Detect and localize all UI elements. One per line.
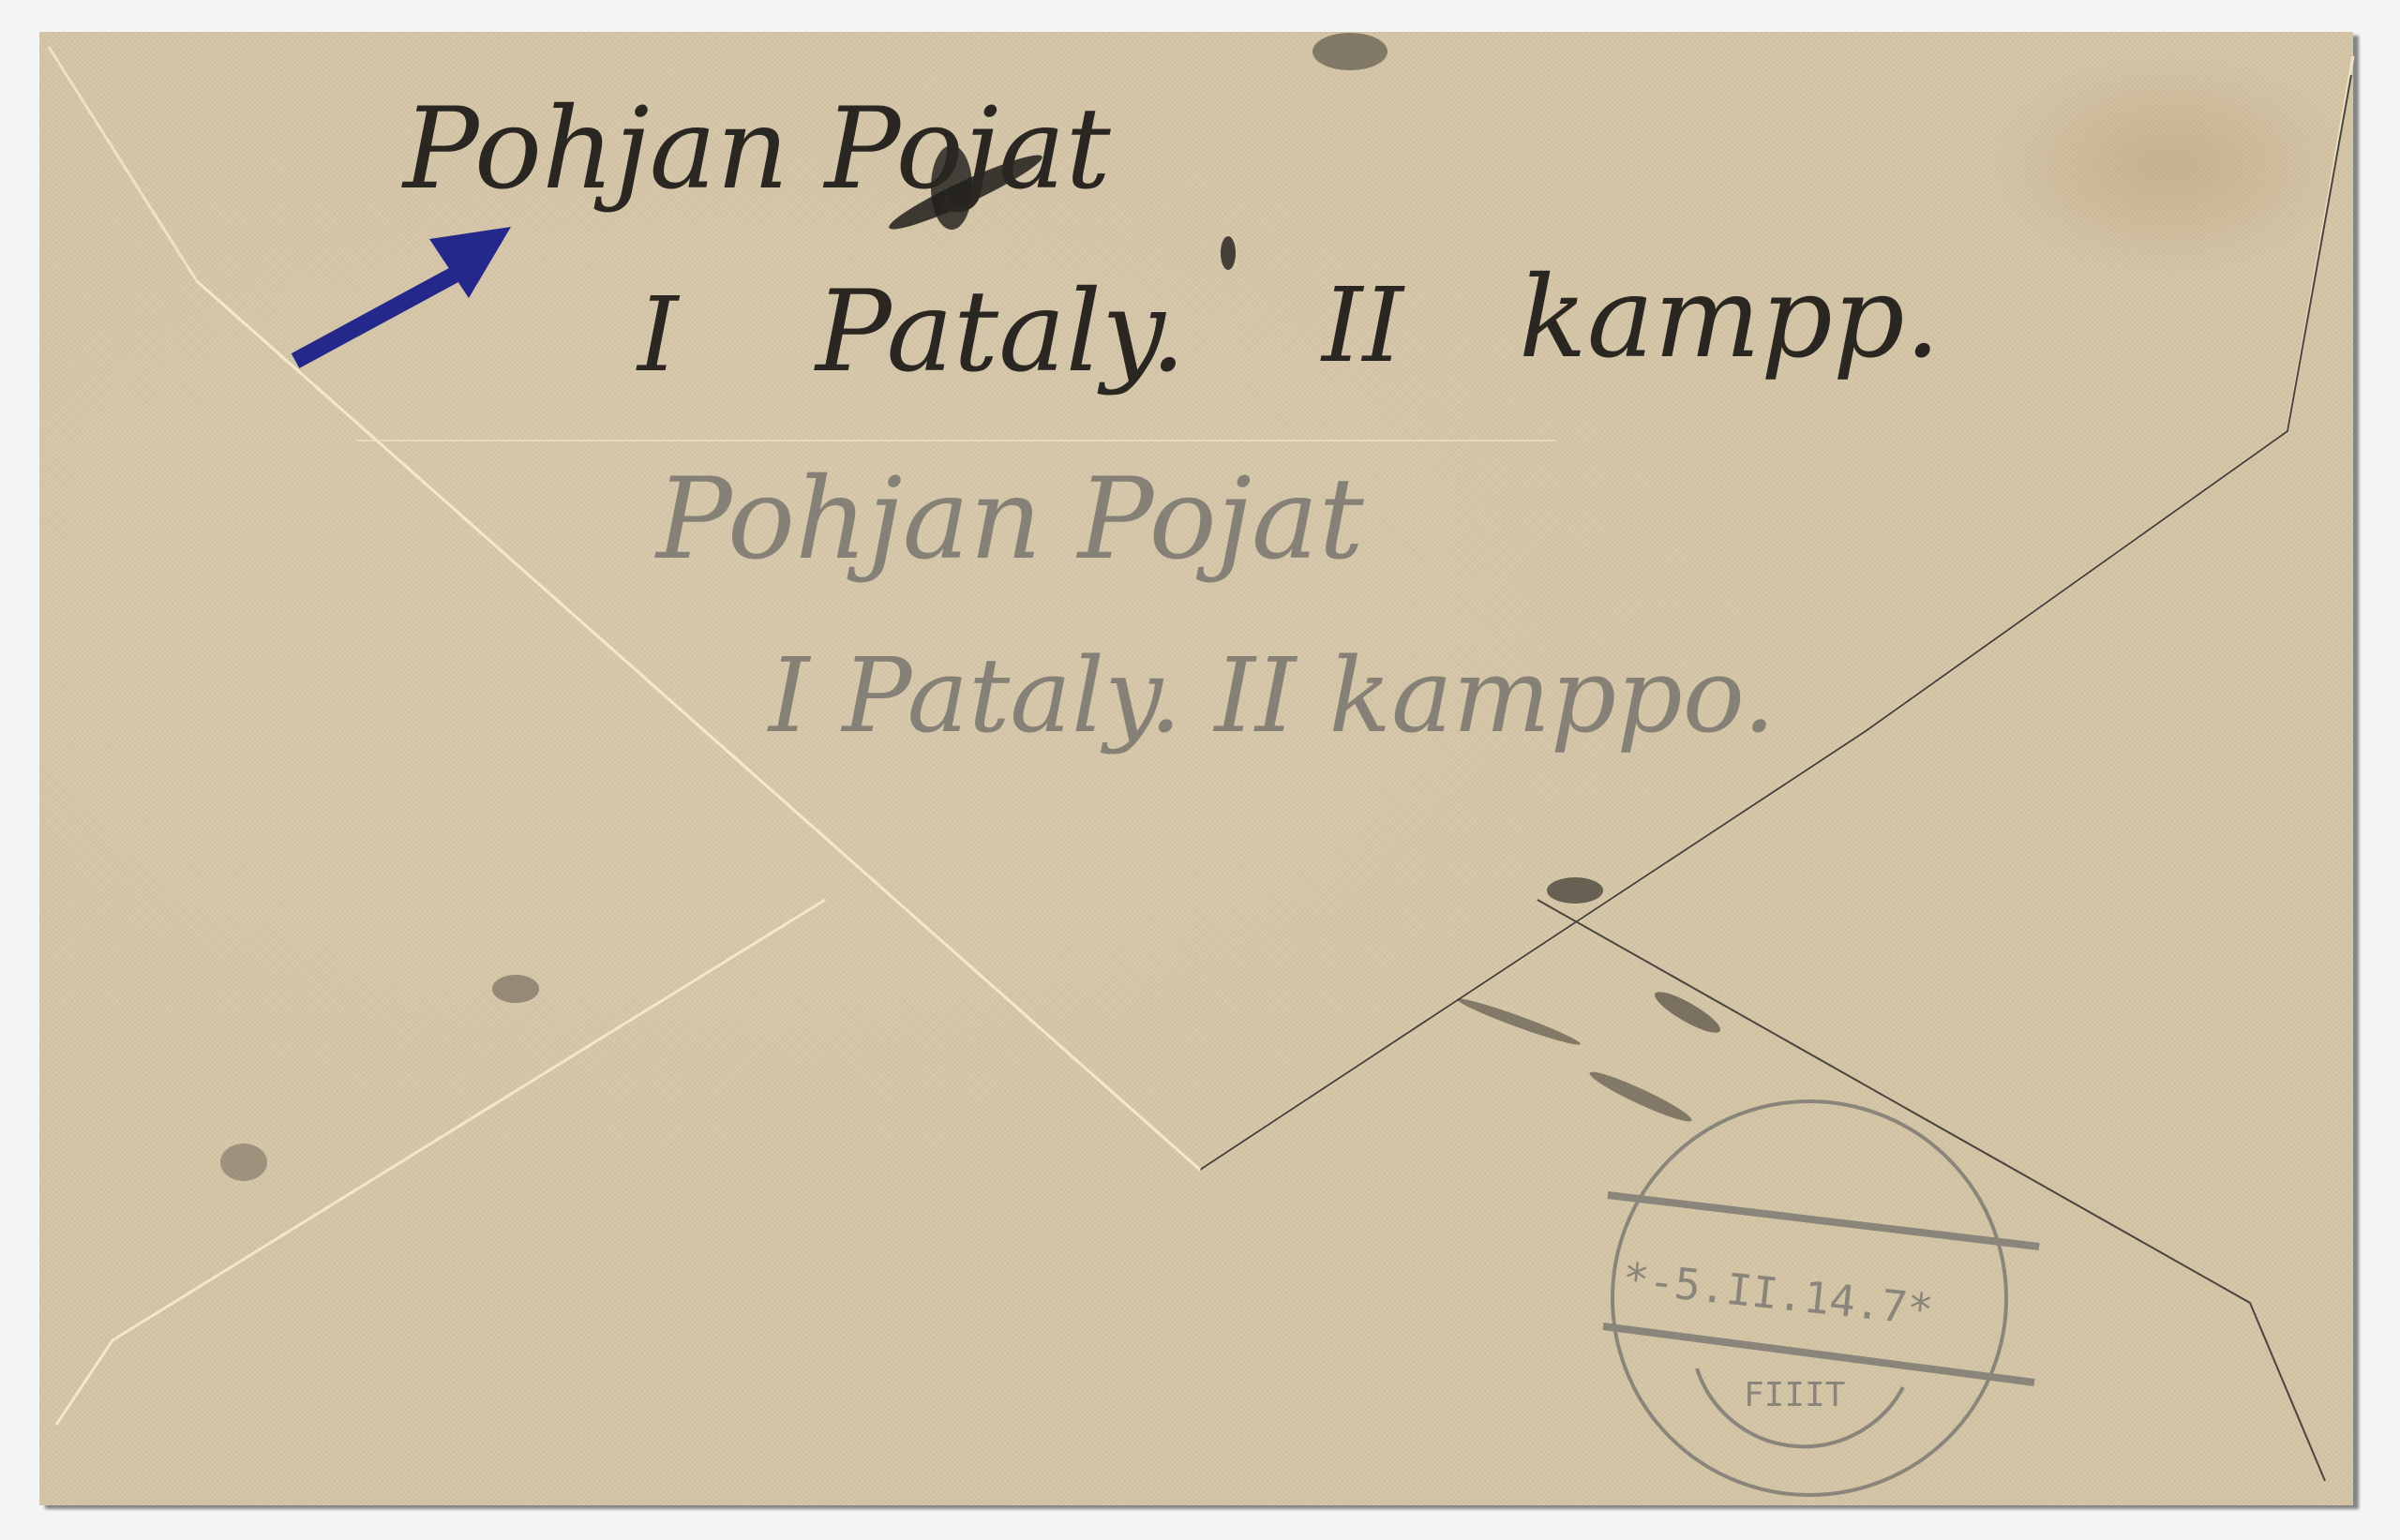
blue-arrow-icon (295, 227, 511, 361)
ink-word-pataly: Pataly. (814, 267, 1186, 397)
envelope-drawing: Pohjan Pojat I Pataly. II kamppo. Pohjan… (0, 0, 2400, 1540)
flap-fold-lines (49, 47, 2353, 1481)
postmark-date: *-5.II.14.7* (1620, 1252, 1935, 1335)
postmark-lower-text: FIIIT (1744, 1376, 1845, 1414)
pencil-inscription: Pohjan Pojat I Pataly. II kamppo. (654, 455, 1776, 755)
ink-inscription: Pohjan Pojat I Pataly. II kampp. (401, 84, 1941, 397)
ink-line-1: Pohjan Pojat (401, 84, 1111, 215)
pencil-line-1: Pohjan Pojat (654, 455, 1364, 585)
ink-numeral-1: I (636, 275, 681, 395)
ink-word-kampp: kampp. (1519, 253, 1941, 383)
ink-numeral-2: II (1320, 265, 1405, 385)
postmark: *-5.II.14.7* FIIIT (1603, 1101, 2039, 1495)
pencil-line-2: I Pataly. II kamppo. (767, 635, 1776, 755)
